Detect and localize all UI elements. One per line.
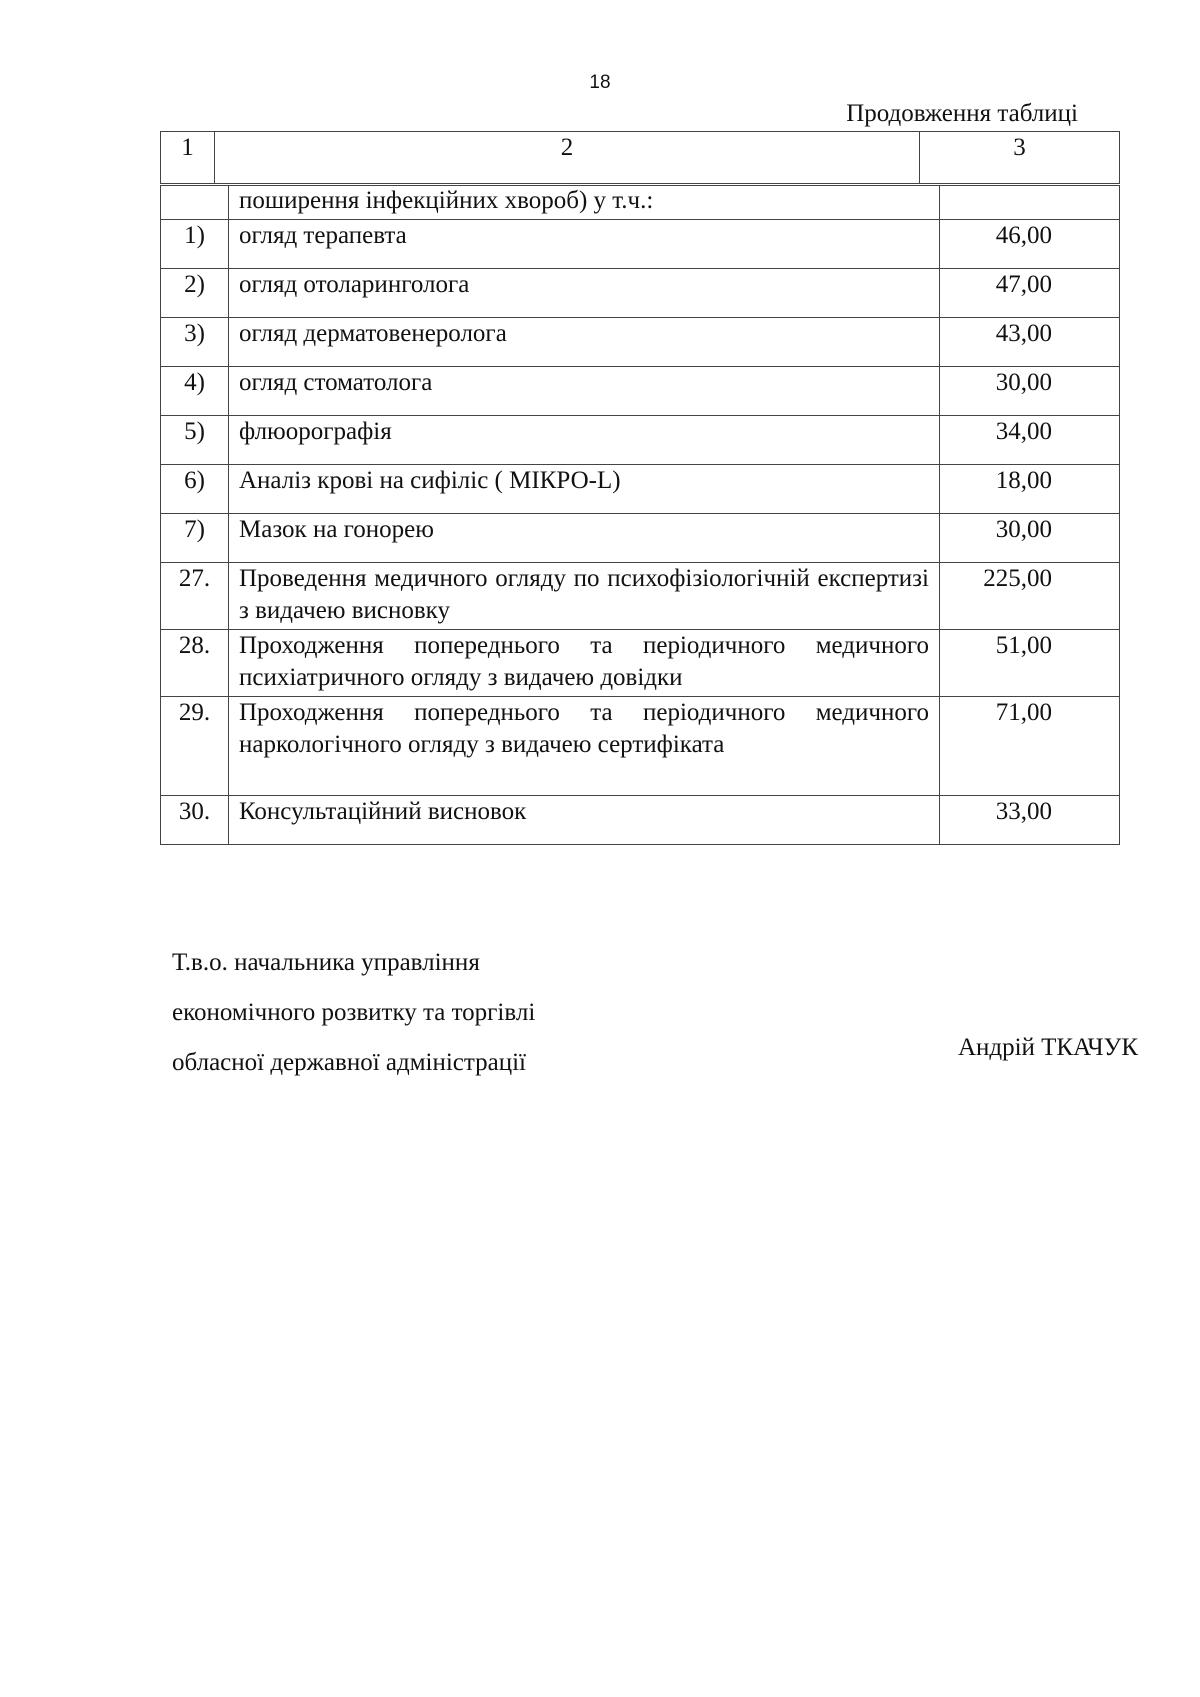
signature-line-3: обласної державної адміністрації — [172, 1038, 535, 1088]
row-price: 51,00 — [940, 630, 1120, 697]
row-number: 7) — [161, 514, 229, 563]
table-row: 5)флюорографія34,00 — [161, 416, 1120, 465]
table-row: 2)огляд отоларинголога47,00 — [161, 269, 1120, 318]
table-row: 7)Мазок на гонорею30,00 — [161, 514, 1120, 563]
row-price: 46,00 — [940, 220, 1120, 269]
row-description: флюорографія — [229, 416, 940, 465]
row-description: огляд терапевта — [229, 220, 940, 269]
header-col-1: 1 — [161, 132, 215, 184]
table-row: 29.Проходження попереднього та періодичн… — [161, 697, 1120, 796]
table-row: 1)огляд терапевта46,00 — [161, 220, 1120, 269]
row-number: 5) — [161, 416, 229, 465]
row-number: 27. — [161, 563, 229, 630]
row-description: Проведення медичного огляду по психофізі… — [229, 563, 940, 630]
table-row: 4)огляд стоматолога30,00 — [161, 367, 1120, 416]
table-row: 28.Проходження попереднього та періодичн… — [161, 630, 1120, 697]
row-number: 30. — [161, 796, 229, 845]
row-price — [940, 186, 1120, 220]
row-number: 2) — [161, 269, 229, 318]
row-description: поширення інфекційних хвороб) у т.ч.: — [229, 186, 940, 220]
row-description: огляд стоматолога — [229, 367, 940, 416]
row-price: 33,00 — [940, 796, 1120, 845]
row-description: Проходження попереднього та періодичного… — [229, 697, 940, 796]
row-price: 225,00 — [940, 563, 1120, 630]
row-price: 30,00 — [940, 514, 1120, 563]
row-description: огляд дерматовенеролога — [229, 318, 940, 367]
row-price: 71,00 — [940, 697, 1120, 796]
signature-line-1: Т.в.о. начальника управління — [172, 938, 535, 988]
header-col-2: 2 — [215, 132, 920, 184]
row-description: Аналіз крові на сифіліс ( МІКРО-L) — [229, 465, 940, 514]
row-number: 3) — [161, 318, 229, 367]
continuation-label: Продовження таблиці — [846, 100, 1078, 128]
table-row: 30.Консультаційний висновок33,00 — [161, 796, 1120, 845]
table-header: 1 2 3 — [160, 131, 1120, 184]
row-price: 30,00 — [940, 367, 1120, 416]
row-price: 34,00 — [940, 416, 1120, 465]
row-number — [161, 186, 229, 220]
table-row: 27.Проведення медичного огляду по психоф… — [161, 563, 1120, 630]
row-price: 18,00 — [940, 465, 1120, 514]
page-number: 18 — [0, 72, 1200, 94]
signature-line-2: економічного розвитку та торгівлі — [172, 988, 535, 1038]
row-number: 6) — [161, 465, 229, 514]
signature-block: Т.в.о. начальника управління економічног… — [172, 938, 535, 1088]
row-description: Мазок на гонорею — [229, 514, 940, 563]
row-number: 1) — [161, 220, 229, 269]
row-description: Консультаційний висновок — [229, 796, 940, 845]
row-price: 43,00 — [940, 318, 1120, 367]
row-price: 47,00 — [940, 269, 1120, 318]
table-row: 3)огляд дерматовенеролога43,00 — [161, 318, 1120, 367]
table-row: поширення інфекційних хвороб) у т.ч.: — [161, 186, 1120, 220]
row-number: 4) — [161, 367, 229, 416]
row-description: огляд отоларинголога — [229, 269, 940, 318]
price-table: поширення інфекційних хвороб) у т.ч.:1)о… — [160, 185, 1120, 845]
table-row: 6)Аналіз крові на сифіліс ( МІКРО-L)18,0… — [161, 465, 1120, 514]
row-number: 29. — [161, 697, 229, 796]
row-description: Проходження попереднього та періодичного… — [229, 630, 940, 697]
signatory-name: Андрій ТКАЧУК — [958, 1034, 1138, 1062]
row-number: 28. — [161, 630, 229, 697]
header-col-3: 3 — [920, 132, 1120, 184]
